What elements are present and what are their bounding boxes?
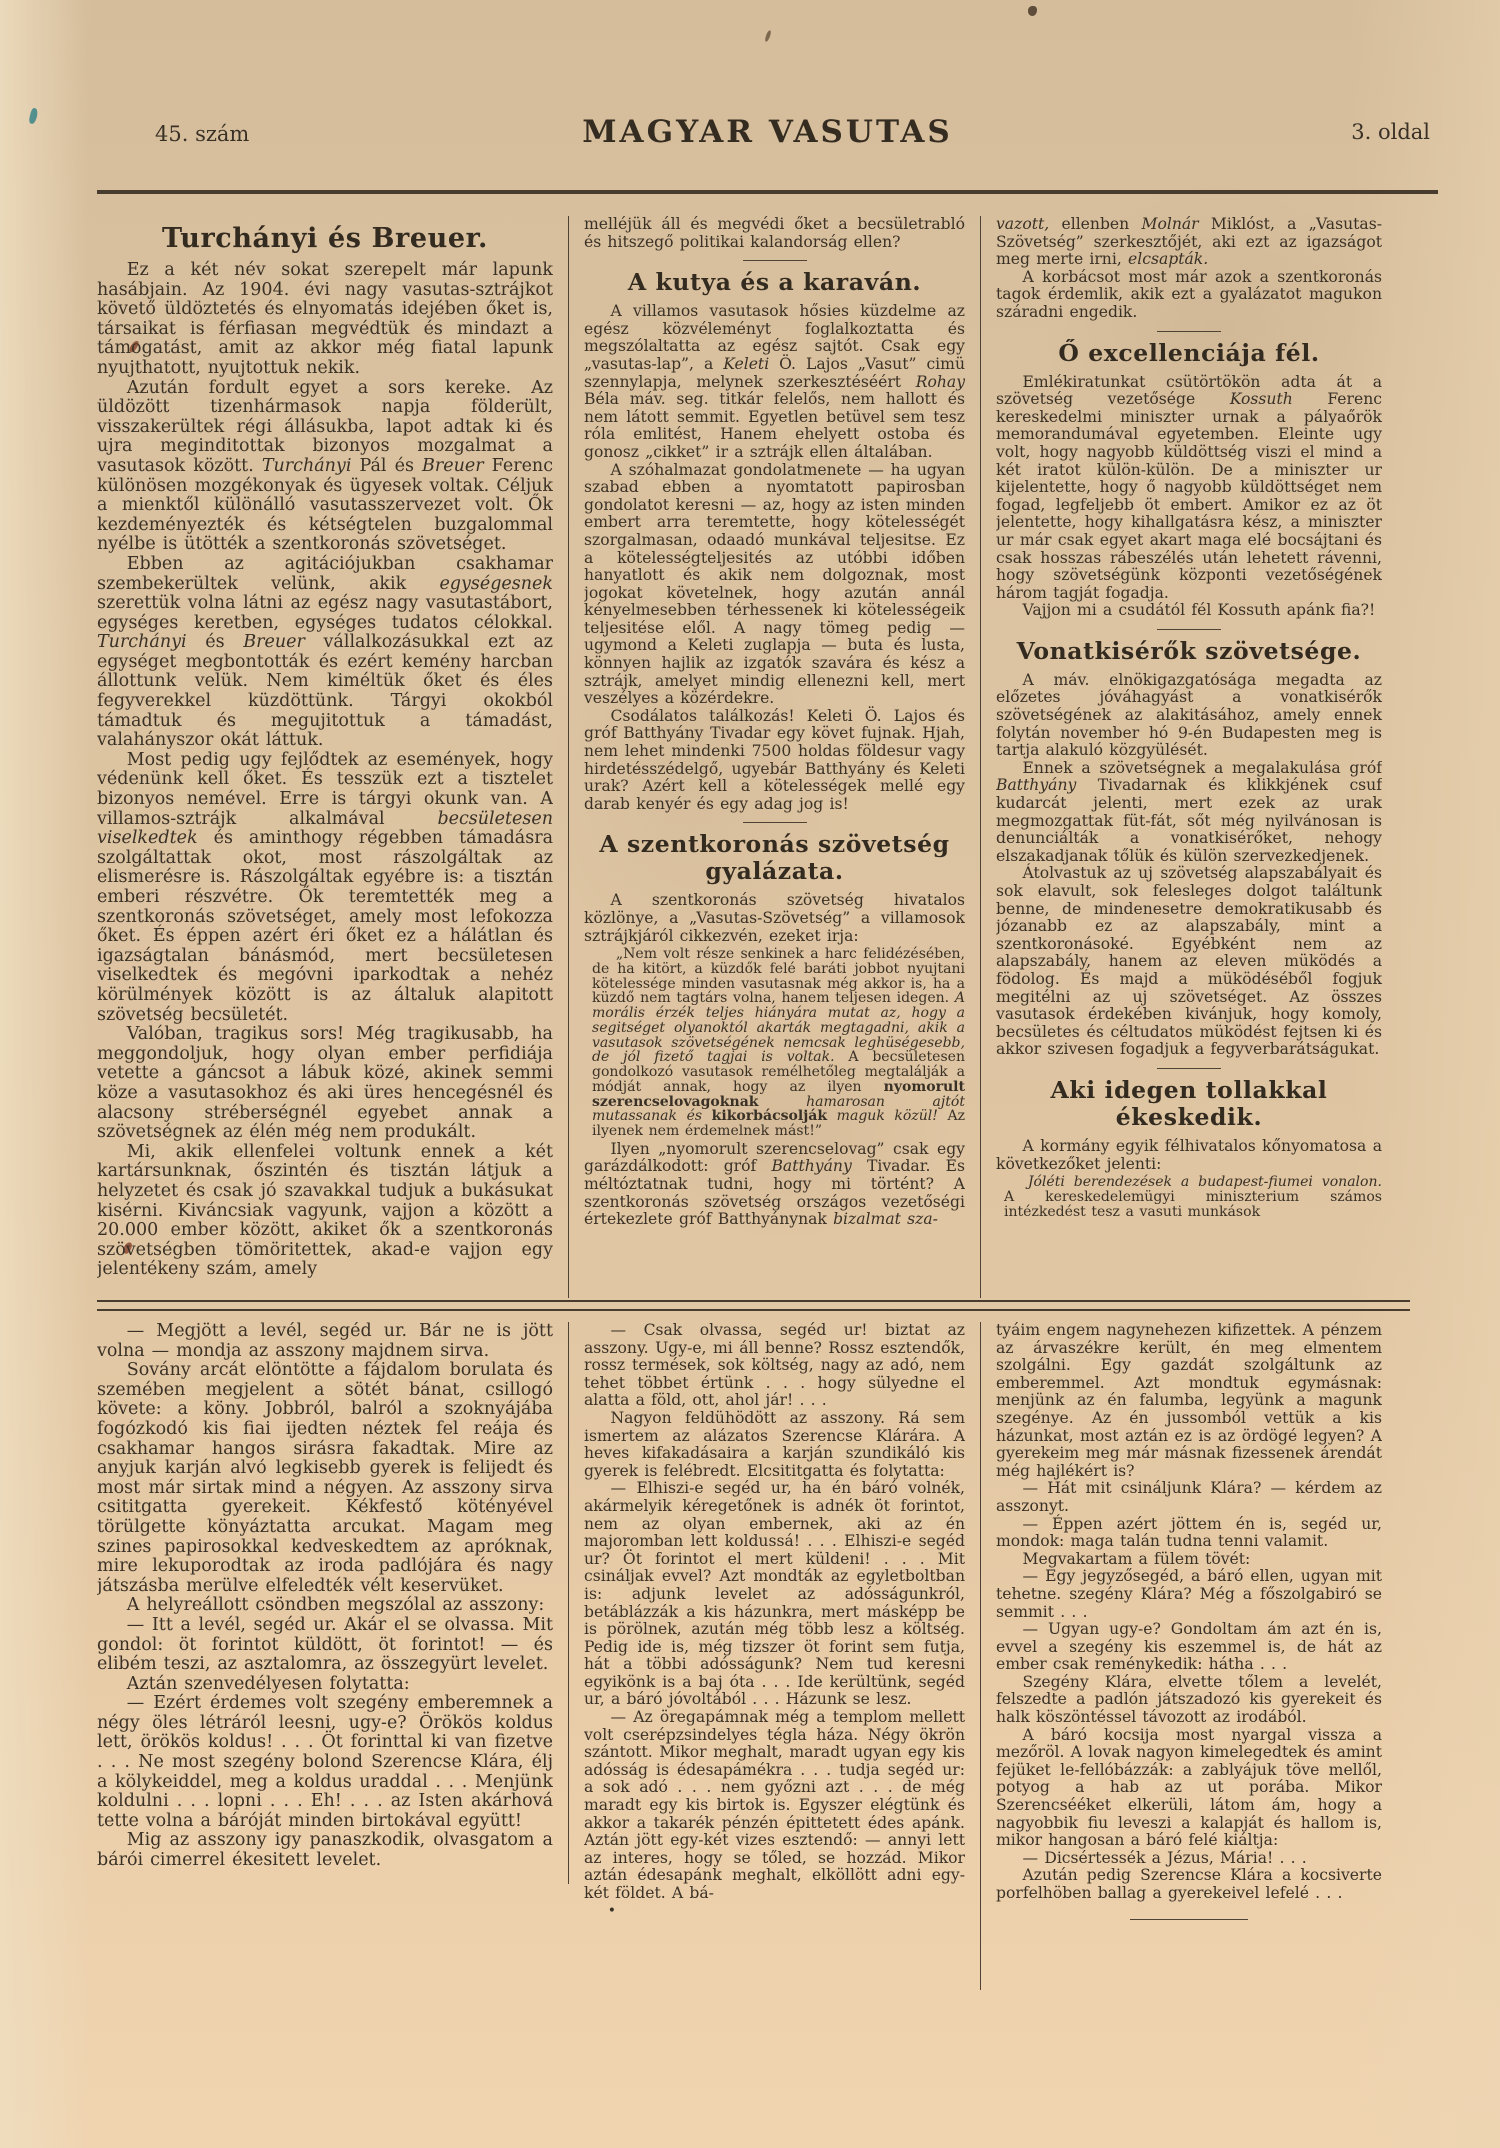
text-run: Valóban, tragikus sors! Még tragikusabb,…	[97, 1024, 553, 1142]
text-run: Béla máv. seg. titkár felelős, nem hallo…	[584, 390, 965, 461]
text-run: A helyreállott csöndben megszólal az ass…	[127, 1595, 545, 1615]
text-run: A szentkoronás szövetség hivatalos közlö…	[584, 891, 965, 944]
paragraph: A szóhalmazat gondolatmenete — ha ugyan …	[584, 462, 965, 708]
feuilleton-section: — Megjött a levél, segéd ur. Bár ne is j…	[97, 1322, 1438, 2112]
text-run: — Elhiszi-e segéd ur, ha én báró volnék,…	[584, 1479, 965, 1708]
article-divider	[743, 260, 807, 261]
text-run: Aztán szenvedélyesen folytatta:	[127, 1674, 410, 1694]
column-gutter	[965, 216, 996, 1298]
article-divider	[1157, 629, 1221, 630]
text-run: — Egy jegyzősegéd, a báró ellen, ugyan m…	[996, 1567, 1382, 1620]
feuilleton-column-3: tyáim engem nagynehezen kifizettek. A pé…	[996, 1322, 1382, 2112]
paragraph: tyáim engem nagynehezen kifizettek. A pé…	[996, 1322, 1382, 1480]
text-run	[759, 1094, 807, 1110]
paragraph: Csodálatos találkozás! Keleti Ö. Lajos é…	[584, 708, 965, 814]
paragraph: Mi, akik ellenfelei voltunk ennek a két …	[97, 1143, 553, 1280]
text-run	[827, 1108, 837, 1124]
paragraph: Ebben az agitációjukban csakhamar szembe…	[97, 555, 553, 751]
text-run: — Ezért érdemes volt szegény emberemnek …	[97, 1693, 553, 1831]
text-run: Rohay	[916, 373, 965, 391]
text-run: A kereskedelemügyi miniszterium számos i…	[1004, 1189, 1382, 1220]
text-run: — Megjött a levél, segéd ur. Bár ne is j…	[97, 1322, 553, 1361]
paragraph: Ennek a szövetségnek a megalakulása gróf…	[996, 760, 1382, 866]
text-run: ellenben	[1049, 216, 1141, 233]
paragraph: Megvakartam a fülem tövét:	[996, 1551, 1382, 1569]
column-gutter	[553, 216, 584, 1298]
text-run: A kormány egyik félhivatalos kőnyomatosa…	[996, 1137, 1382, 1173]
text-run: Breuer	[243, 632, 305, 652]
text-run: Csodálatos találkozás! Keleti Ö. Lajos é…	[584, 707, 965, 813]
text-run: Batthyány	[771, 1157, 851, 1175]
newspaper-masthead: MAGYAR VASUTAS	[97, 114, 1438, 150]
text-run: bizalmat sza-	[833, 1210, 938, 1228]
paragraph: — Éppen azért jöttem én is, segéd ur, mo…	[996, 1516, 1382, 1551]
text-run: Turchányi	[97, 632, 187, 652]
text-run: — Az öregapámnak még a templom mellett v…	[584, 1708, 965, 1902]
paragraph: melléjük áll és megvédi őket a becsületr…	[584, 216, 965, 251]
text-run: A szentkoronás szövetség gyalázata.	[599, 830, 949, 885]
column-rule	[568, 1322, 570, 1884]
text-run: Nagyon feldühödött az asszony. Rá sem is…	[584, 1409, 965, 1480]
text-run: Mig az asszony igy panaszkodik, olvasgat…	[97, 1830, 553, 1870]
article-heading: A kutya és a karaván.	[584, 269, 965, 296]
ink-speck	[1028, 6, 1037, 16]
paragraph: Azután fordult egyet a sors kereke. Az ü…	[97, 379, 553, 555]
paragraph: — Ezért érdemes volt szegény emberemnek …	[97, 1694, 553, 1831]
quoted-paragraph: Jóléti berendezések a budapest-fiumei vo…	[996, 1175, 1382, 1219]
paragraph: — Hát mit csináljunk Klára? — kérdem az …	[996, 1480, 1382, 1515]
paragraph: Emlékiratunkat csütörtökön adta át a szö…	[996, 374, 1382, 603]
end-mark: •	[584, 1903, 965, 1921]
text-run: — Ugyan ugy-e? Gondoltam ám azt én is, e…	[996, 1620, 1382, 1673]
paragraph: — Csak olvassa, segéd ur! biztat az assz…	[584, 1322, 965, 1410]
page-header: 45. szám MAGYAR VASUTAS 3. oldal	[97, 112, 1438, 158]
text-run: Ferenc kereskedelmi miniszter urnak a pá…	[996, 390, 1382, 602]
text-run: Mi, akik ellenfelei voltunk ennek a két …	[97, 1142, 553, 1280]
text-run: Molnár	[1141, 216, 1198, 233]
text-run: Vajjon mi a csudától fél Kossuth apánk f…	[1023, 601, 1376, 619]
text-run: A kutya és a karaván.	[628, 268, 921, 296]
text-run: tyáim engem nagynehezen kifizettek. A pé…	[996, 1322, 1382, 1480]
article-heading: A szentkoronás szövetség gyalázata.	[584, 831, 965, 885]
article-heading: Ő excellenciája fél.	[996, 340, 1382, 367]
paragraph: A helyreállott csöndben megszólal az ass…	[97, 1596, 553, 1616]
newspaper-page: 45. szám MAGYAR VASUTAS 3. oldal Turchán…	[0, 0, 1500, 2148]
text-run: Aki idegen tollakkal ékeskedik.	[1051, 1076, 1328, 1131]
text-run: Jóléti berendezések a budapest-fiumei vo…	[1028, 1174, 1382, 1190]
text-run: Batthyány	[996, 776, 1076, 794]
paragraph: Sovány arcát elöntötte a fájdalom borula…	[97, 1361, 553, 1596]
paragraph: A villamos vasutasok hősies küzdelme az …	[584, 303, 965, 461]
ink-speck	[28, 107, 39, 124]
text-run: vazott,	[996, 216, 1049, 233]
paragraph: Ez a két név sokat szerepelt már lapunk …	[97, 261, 553, 379]
paragraph: Szegény Klára, elvette tőlem a levelét, …	[996, 1674, 1382, 1727]
paragraph: — Megjött a levél, segéd ur. Bár ne is j…	[97, 1322, 553, 1361]
paragraph: Azután pedig Szerencse Klára a kocsivert…	[996, 1867, 1382, 1902]
text-run: A báró kocsija most nyargal vissza a mez…	[996, 1726, 1382, 1850]
text-run: „Nem volt része senkinek a harc felidézé…	[592, 946, 965, 1006]
column-rule	[568, 216, 570, 1298]
text-run: maguk közül!	[837, 1108, 938, 1124]
quoted-paragraph: „Nem volt része senkinek a harc felidézé…	[584, 947, 965, 1139]
feuilleton-column-1: — Megjött a levél, segéd ur. Bár ne is j…	[97, 1322, 553, 2112]
paragraph: — Az öregapámnak még a templom mellett v…	[584, 1709, 965, 1903]
header-rule	[97, 190, 1438, 194]
paragraph: Ilyen „nyomorult szerencselovag” csak eg…	[584, 1141, 965, 1229]
paragraph: — Ugyan ugy-e? Gondoltam ám azt én is, e…	[996, 1621, 1382, 1674]
text-run: — Hát mit csináljunk Klára? — kérdem az …	[996, 1479, 1382, 1515]
ink-speck	[764, 30, 772, 43]
text-run: •	[608, 1903, 616, 1919]
column-rule	[980, 216, 982, 1298]
text-run: kikorbácsolják	[712, 1108, 827, 1124]
text-run	[702, 1108, 712, 1124]
paragraph: Valóban, tragikus sors! Még tragikusabb,…	[97, 1025, 553, 1143]
text-run: Megvakartam a fülem tövét:	[1023, 1550, 1251, 1568]
paragraph: Átolvastuk az uj szövetség alapszabályai…	[996, 865, 1382, 1059]
section-divider-rule	[97, 1300, 1410, 1311]
paragraph: A korbácsot most már azok a szentkoronás…	[996, 269, 1382, 322]
text-run: melléjük áll és megvédi őket a becsületr…	[584, 216, 965, 251]
paragraph: — Egy jegyzősegéd, a báró ellen, ugyan m…	[996, 1568, 1382, 1621]
text-run: Turchányi	[262, 456, 352, 476]
paragraph: — Elhiszi-e segéd ur, ha én báró volnék,…	[584, 1480, 965, 1709]
paragraph: A báró kocsija most nyargal vissza a mez…	[996, 1727, 1382, 1850]
article-heading: Aki idegen tollakkal ékeskedik.	[996, 1077, 1382, 1131]
text-run: elcsapták.	[1128, 250, 1208, 268]
article-heading: Vonatkisérők szövetsége.	[996, 638, 1382, 665]
text-run: — Dicsértessék a Jézus, Mária! . . .	[1023, 1849, 1307, 1867]
article-heading: Turchányi és Breuer.	[97, 224, 553, 254]
top-column-2: melléjük áll és megvédi őket a becsületr…	[584, 216, 965, 1298]
text-run: Kossuth	[1230, 390, 1293, 408]
column-gutter	[553, 1322, 584, 2112]
text-run: Turchányi és Breuer.	[162, 223, 488, 254]
text-run: — Csak olvassa, segéd ur! biztat az assz…	[584, 1322, 965, 1409]
paragraph: vazott, ellenben Molnár Miklóst, a „Vasu…	[996, 216, 1382, 269]
paragraph: Most pedig ugy fejlődtek az események, h…	[97, 751, 553, 1025]
paragraph: Nagyon feldühödött az asszony. Rá sem is…	[584, 1410, 965, 1480]
story-end-divider	[1130, 1919, 1248, 1920]
article-divider	[1157, 1068, 1221, 1069]
paragraph: A szentkoronás szövetség hivatalos közlö…	[584, 892, 965, 945]
paragraph: Vajjon mi a csudától fél Kossuth apánk f…	[996, 602, 1382, 620]
text-run: Ennek a szövetségnek a megalakulása gróf	[1023, 759, 1382, 777]
text-run: szerettük volna látni az egész nagy vasu…	[97, 593, 553, 633]
feuilleton-column-2: — Csak olvassa, segéd ur! biztat az assz…	[584, 1322, 965, 2112]
paragraph: — Dicsértessék a Jézus, Mária! . . .	[996, 1850, 1382, 1868]
article-divider	[1157, 331, 1221, 332]
text-run: Vonatkisérők szövetsége.	[1017, 637, 1362, 665]
text-run: Ő excellenciája fél.	[1058, 339, 1319, 367]
text-run: Átolvastuk az uj szövetség alapszabályai…	[996, 864, 1382, 1058]
text-run: és	[187, 632, 244, 652]
text-run: Ez a két név sokat szerepelt már lapunk …	[97, 260, 553, 378]
paragraph: Aztán szenvedélyesen folytatta:	[97, 1675, 553, 1695]
text-run: Pál és	[351, 456, 422, 476]
top-column-1: Turchányi és Breuer.Ez a két név sokat s…	[97, 216, 553, 1298]
text-run: egységesnek	[439, 574, 553, 594]
column-rule	[980, 1322, 982, 1990]
paragraph: A máv. elnökigazgatósága megadta az előz…	[996, 672, 1382, 760]
text-run: Azután pedig Szerencse Klára a kocsivert…	[996, 1866, 1382, 1902]
article-divider	[743, 822, 807, 823]
text-run: Breuer	[422, 456, 484, 476]
text-run: Szegény Klára, elvette tőlem a levelét, …	[996, 1673, 1382, 1726]
top-section: Turchányi és Breuer.Ez a két név sokat s…	[97, 216, 1438, 1298]
paragraph: — Itt a levél, segéd ur. Akár el se olva…	[97, 1616, 553, 1675]
text-run: Sovány arcát elöntötte a fájdalom borula…	[97, 1360, 553, 1596]
text-run: A máv. elnökigazgatósága megadta az előz…	[996, 671, 1382, 759]
text-run: A szóhalmazat gondolatmenete — ha ugyan …	[584, 461, 965, 708]
text-run: A korbácsot most már azok a szentkoronás…	[996, 268, 1382, 321]
text-run: Keleti	[723, 355, 769, 373]
page-number: 3. oldal	[1351, 120, 1430, 144]
text-run: és aminthogy régebben támadásra szolgált…	[97, 828, 553, 1024]
text-run: — Éppen azért jöttem én is, segéd ur, mo…	[996, 1515, 1382, 1551]
column-gutter	[965, 1322, 996, 2112]
top-column-3: vazott, ellenben Molnár Miklóst, a „Vasu…	[996, 216, 1382, 1298]
paragraph: A kormány egyik félhivatalos kőnyomatosa…	[996, 1138, 1382, 1173]
paragraph: Mig az asszony igy panaszkodik, olvasgat…	[97, 1831, 553, 1870]
text-run: — Itt a levél, segéd ur. Akár el se olva…	[97, 1615, 553, 1674]
